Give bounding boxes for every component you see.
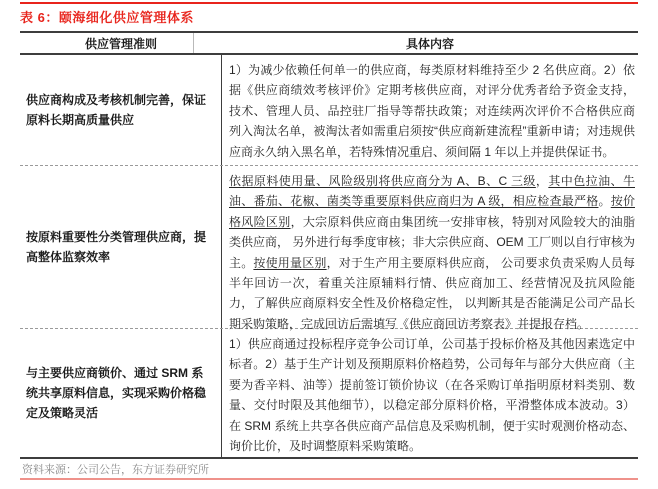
table-row: 供应商构成及考核机制完善，保证原料长期高质量供应 1）为减少依赖任何单一的供应商… [20, 55, 638, 165]
principle-text: 按原料重要性分类管理供应商，提高整体监察效率 [26, 227, 212, 267]
header-cell-principle: 供应管理准则 [20, 35, 222, 52]
detail-cell: 依据原料使用量、风险级别将供应商分为 A、B、C 三级，其中色拉油、牛油、番茄、… [222, 166, 638, 328]
principle-text: 与主要供应商锁价、通过 SRM 系统共享原料信息，实现采购价格稳定及策略灵活 [26, 363, 212, 423]
source-note: 资料来源：公司公告，东方证券研究所 [22, 461, 209, 477]
table-title: 表 6：颐海细化供应管理体系 [20, 7, 194, 26]
header-cell-detail: 具体内容 [222, 35, 638, 52]
table-row: 与主要供应商锁价、通过 SRM 系统共享原料信息，实现采购价格稳定及策略灵活 1… [20, 329, 638, 457]
table-header-row: 供应管理准则 具体内容 [20, 33, 638, 55]
top-accent-rule [20, 2, 638, 4]
supply-management-table: 供应管理准则 具体内容 供应商构成及考核机制完善，保证原料长期高质量供应 1）为… [20, 31, 638, 459]
table-row: 按原料重要性分类管理供应商，提高整体监察效率 依据原料使用量、风险级别将供应商分… [20, 166, 638, 328]
detail-cell: 1）为减少依赖任何单一的供应商，每类原材料维持至少 2 名供应商。2）依据《供应… [222, 55, 638, 165]
header-column-divider [193, 33, 194, 53]
bottom-accent-rule [20, 478, 638, 480]
report-table-page: 表 6：颐海细化供应管理体系 供应管理准则 具体内容 供应商构成及考核机制完善，… [0, 0, 658, 489]
principle-cell: 供应商构成及考核机制完善，保证原料长期高质量供应 [20, 55, 222, 165]
principle-cell: 按原料重要性分类管理供应商，提高整体监察效率 [20, 166, 222, 328]
detail-cell: 1）供应商通过投标程序竞争公司订单，公司基于投标价格及其他因素选定中标者。2）基… [222, 329, 638, 457]
principle-text: 供应商构成及考核机制完善，保证原料长期高质量供应 [26, 90, 212, 130]
principle-cell: 与主要供应商锁价、通过 SRM 系统共享原料信息，实现采购价格稳定及策略灵活 [20, 329, 222, 457]
